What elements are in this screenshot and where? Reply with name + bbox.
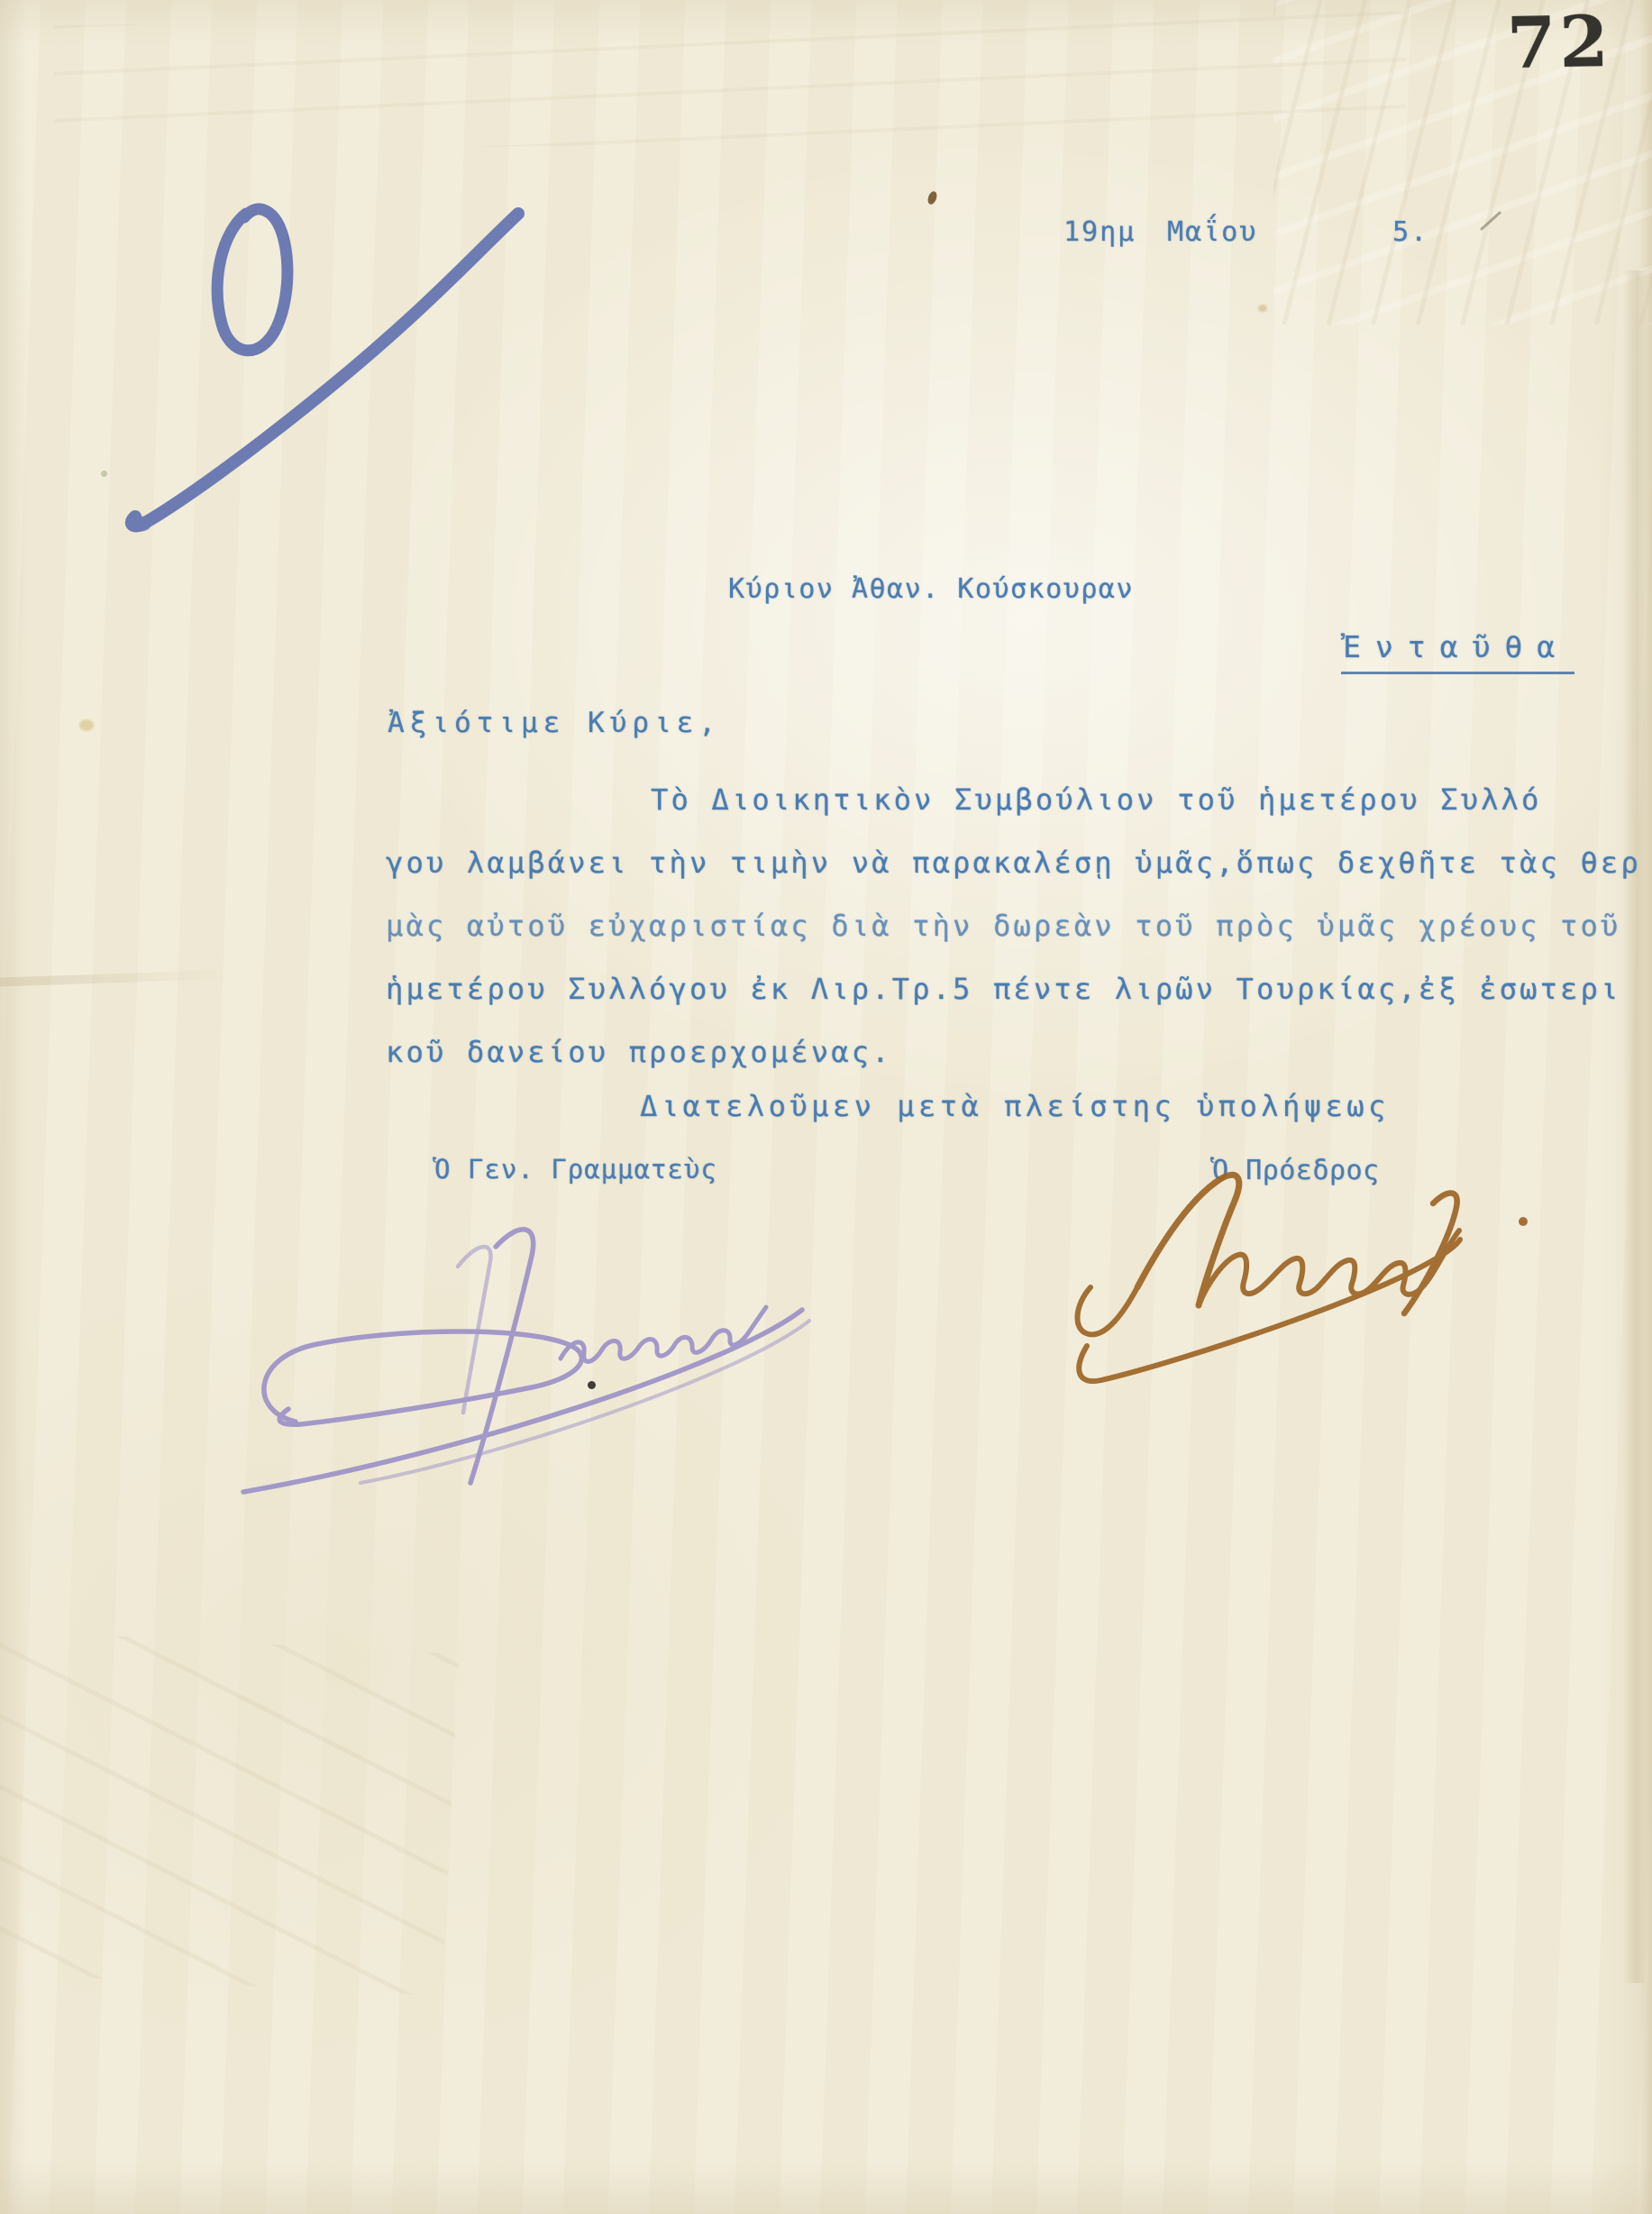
scanned-letter-page: 72 19ημ Μαΐου 5. Κύριον Ἀθαν. Κούσκουραν… <box>0 0 1652 2214</box>
closing-line: Διατελοῦμεν μετὰ πλείστης ὑπολήψεως <box>640 1089 1390 1123</box>
place-line: Ἐνταῦθα <box>1341 629 1574 674</box>
secretary-signature <box>225 1212 829 1510</box>
date-year: 5. <box>1392 216 1428 248</box>
president-signature <box>1054 1166 1559 1409</box>
paper-stain <box>1258 305 1267 312</box>
page-number-stamp: 72 <box>1506 1 1612 85</box>
letter-body: Τὸ Διοικητικὸν Συμβούλιον τοῦ ἡμετέρου Σ… <box>386 768 1652 1084</box>
date-month: Μαΐου <box>1167 216 1257 248</box>
paper-stain <box>101 471 107 477</box>
paper-crease-bottom-left <box>0 1628 460 1997</box>
ink-speck <box>926 190 939 206</box>
paper-crease-right-edge <box>1623 270 1647 1983</box>
body-line: γου λαμβάνει τὴν τιμὴν νὰ παρακαλέσῃ ὑμᾶ… <box>386 831 1652 894</box>
salutation: Ἀξιότιμε Κύριε, <box>388 707 721 739</box>
paper-crease-left-mid <box>0 969 234 986</box>
body-line: Τὸ Διοικητικὸν Συμβούλιον τοῦ ἡμετέρου Σ… <box>386 768 1652 831</box>
body-line: μὰς αὐτοῦ εὐχαριστίας διὰ τὴν δωρεὰν τοῦ… <box>386 894 1652 957</box>
ink-speck <box>588 1381 596 1389</box>
pen-tick-mark <box>1478 209 1505 233</box>
date-day: 19ημ <box>1063 216 1136 248</box>
body-line: ἡμετέρου Συλλόγου ἐκ Λιρ.Τρ.5 πέντε λιρῶ… <box>386 957 1652 1020</box>
paper-stain <box>79 719 94 731</box>
secretary-title: Ὁ Γεν. Γραμματεὺς <box>434 1154 717 1185</box>
body-line: κοῦ δανείου προερχομένας. <box>386 1020 1652 1084</box>
handwritten-crayon-mark <box>108 167 550 545</box>
paper-crease-top <box>53 11 1406 151</box>
recipient-line: Κύριον Ἀθαν. Κούσκουραν <box>728 573 1134 605</box>
